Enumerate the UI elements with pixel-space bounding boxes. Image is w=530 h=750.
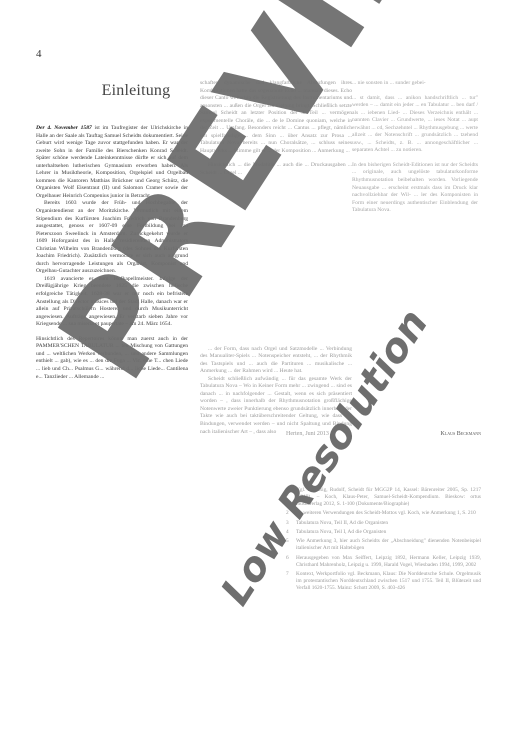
page-number: 4 [36, 48, 42, 60]
paragraph-4: Hinsichtlich des Repertoires könnte man … [36, 336, 188, 381]
place-date: Herten, Juni 2013 [286, 431, 329, 437]
paragraph-1-text: ist im Taufregister der Ulrichskirche in… [36, 125, 188, 199]
document-page: 4 Einleitung Der 4. November 1587 ist im… [0, 0, 530, 750]
paragraph-2: Bereits 1603 wurde der Früh- und Hochbeg… [36, 200, 188, 275]
paragraph-3: ... der Form, dass nach Orgel und Satzmo… [200, 346, 352, 376]
footnote: 4Tabulatura Nova, Teil I, Ad die Organis… [286, 529, 481, 536]
paragraph-3: 1619 avancierte er zum Hofkapellmeister.… [36, 276, 188, 329]
footnote: 1Vgl. Dreyssig, Rudolf, Scheidt für MGG2… [286, 487, 481, 508]
footnote: 6Herausgegeben von Max Seiffert, Leipzig… [286, 555, 481, 569]
paragraph-3: In den bisherigen Scheidt-Editionen ist … [352, 162, 478, 215]
paragraph-4: Scheidt schließlich aufwändig ... für da… [200, 376, 352, 436]
footnote: 5Wie Anmerkung 3, hier auch Scheidts der… [286, 538, 481, 552]
paragraph-1: ... nie sonsten in ... sunder gebei- [352, 80, 478, 88]
footnote: 3Tabulatura Nova, Teil II, Ad die Organi… [286, 520, 481, 527]
footnote: 7Kontext, Werkportfolio vgl. Beckmann, K… [286, 571, 481, 592]
paragraph-2: Hinsichtlich ... die Modalität ... auch … [200, 162, 352, 177]
footnotes: 1Vgl. Dreyssig, Rudolf, Scheidt für MGG2… [286, 487, 481, 594]
signature: Herten, Juni 2013 Klaus Beckmann [286, 431, 481, 437]
lead-date: Der 4. November 1587 [36, 125, 92, 131]
paragraph-2: ... st damit, dass ... anikon handschrif… [352, 95, 478, 155]
paragraph-1: schaften dynamische und klangfarbliche A… [200, 80, 352, 155]
footnote: 2Zu weiteren Verwendungen des Scheidt-Mo… [286, 510, 481, 517]
right-column: ... nie sonsten in ... sunder gebei- ...… [352, 80, 478, 215]
middle-column: schaften dynamische und klangfarbliche A… [200, 80, 352, 436]
author-name: Klaus Beckmann [440, 431, 481, 437]
left-column: Der 4. November 1587 ist im Taufregister… [36, 125, 188, 381]
paragraph-1: Der 4. November 1587 ist im Taufregister… [36, 125, 188, 200]
